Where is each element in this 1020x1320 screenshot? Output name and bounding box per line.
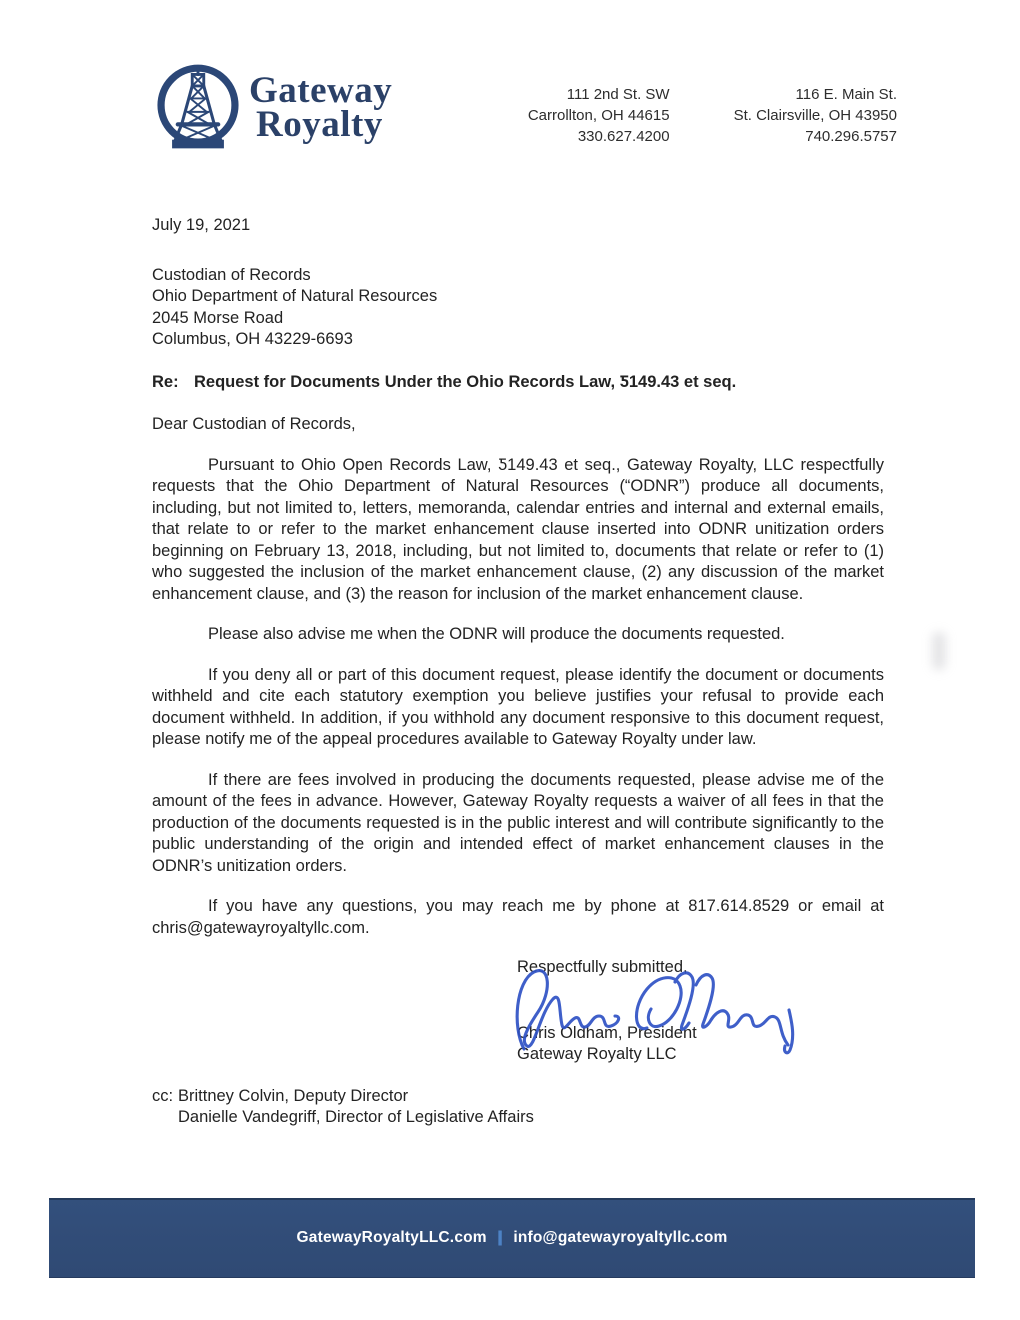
office-address-carrollton: 111 2nd St. SW Carrollton, OH 44615 330.…: [528, 84, 670, 147]
paragraph-contact: If you have any questions, you may reach…: [152, 896, 884, 939]
office1-street: 111 2nd St. SW: [528, 84, 670, 105]
paragraph-denial: If you deny all or part of this document…: [152, 665, 884, 751]
brand-line-1: Gateway: [249, 74, 392, 108]
paragraph-advise: Please also advise me when the ODNR will…: [152, 624, 884, 646]
closing-phrase: Respectfully submitted,: [517, 957, 884, 979]
footer-email: info@gatewayroyaltyllc.com: [513, 1229, 727, 1247]
cc-entry: Brittney Colvin, Deputy Director: [178, 1086, 534, 1108]
office-address-st-clairsville: 116 E. Main St. St. Clairsville, OH 4395…: [734, 84, 897, 147]
signer-name: Chris Oldham, President: [517, 1023, 884, 1045]
letter-date: July 19, 2021: [152, 215, 884, 237]
salutation: Dear Custodian of Records,: [152, 414, 884, 436]
cc-entry: Danielle Vandegriff, Director of Legisla…: [178, 1107, 534, 1129]
recipient-line: Custodian of Records: [152, 265, 884, 287]
signature-space: [517, 979, 884, 1023]
office2-street: 116 E. Main St.: [734, 84, 897, 105]
office1-city: Carrollton, OH 44615: [528, 105, 670, 126]
cc-label: cc:: [152, 1086, 178, 1129]
letter-body: July 19, 2021 Custodian of Records Ohio …: [152, 215, 884, 1129]
re-text: Request for Documents Under the Ohio Rec…: [194, 372, 736, 394]
footer-website: GatewayRoyaltyLLC.com: [297, 1229, 487, 1247]
cc-block: cc: Brittney Colvin, Deputy Director Dan…: [152, 1086, 884, 1129]
footer-bar: GatewayRoyaltyLLC.com | info@gatewayroya…: [49, 1198, 975, 1278]
subject-line: Re: Request for Documents Under the Ohio…: [152, 372, 884, 394]
re-label: Re:: [152, 372, 194, 394]
recipient-line: Columbus, OH 43229-6693: [152, 329, 884, 351]
recipient-address: Custodian of Records Ohio Department of …: [152, 265, 884, 351]
brand-line-2: Royalty: [256, 108, 392, 142]
scanned-letter-page: Gateway Royalty 111 2nd St. SW Carrollto…: [0, 0, 1020, 1320]
footer-separator: |: [496, 1229, 504, 1247]
office2-phone: 740.296.5757: [734, 126, 897, 147]
office-addresses: 111 2nd St. SW Carrollton, OH 44615 330.…: [528, 84, 897, 147]
brand-wordmark: Gateway Royalty: [249, 74, 392, 142]
scan-artifact: [932, 632, 946, 670]
signer-org: Gateway Royalty LLC: [517, 1044, 884, 1066]
recipient-line: 2045 Morse Road: [152, 308, 884, 330]
recipient-line: Ohio Department of Natural Resources: [152, 286, 884, 308]
gateway-royalty-logo-icon: [150, 60, 246, 158]
office1-phone: 330.627.4200: [528, 126, 670, 147]
office2-city: St. Clairsville, OH 43950: [734, 105, 897, 126]
closing-block: Respectfully submitted, Chris Oldham, Pr…: [152, 957, 884, 1066]
paragraph-fees: If there are fees involved in producing …: [152, 770, 884, 878]
paragraph-request: Pursuant to Ohio Open Records Law, Ƽ149.…: [152, 455, 884, 606]
cc-list: Brittney Colvin, Deputy Director Daniell…: [178, 1086, 534, 1129]
